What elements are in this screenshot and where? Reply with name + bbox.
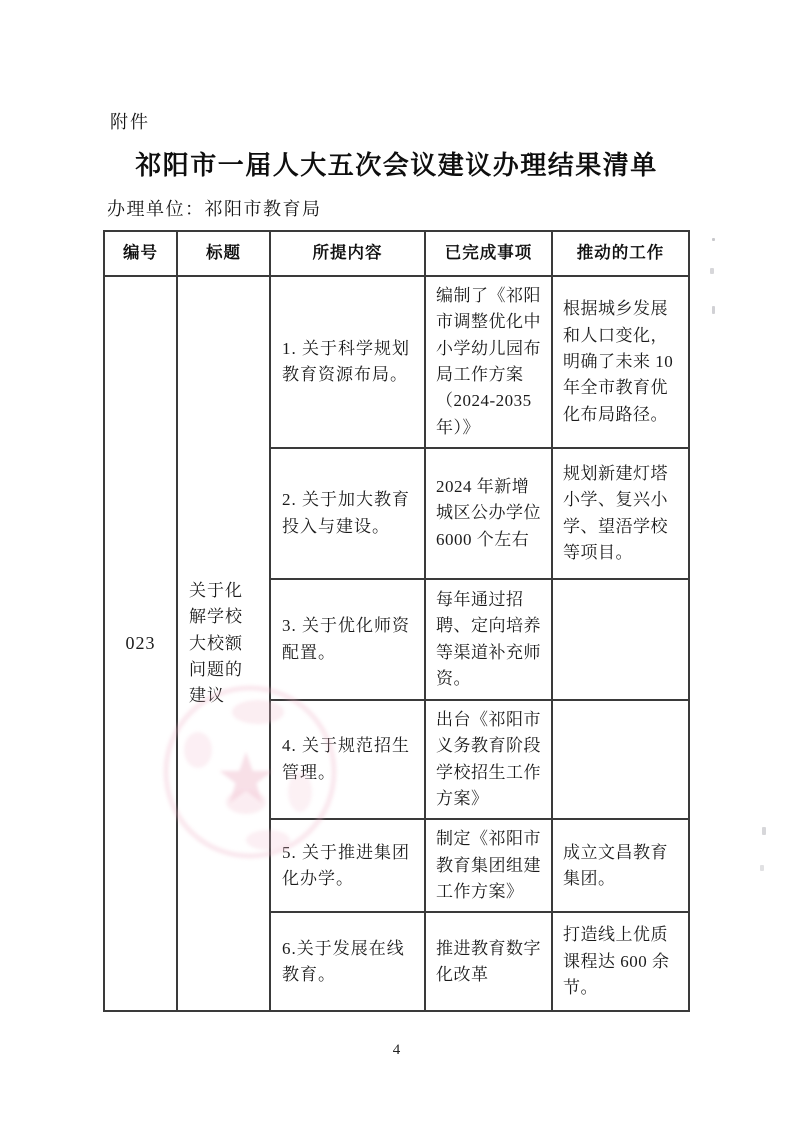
completed-cell: 推进教育数字化改革 [425,912,552,1011]
promoted-cell: 规划新建灯塔小学、复兴小学、望浯学校等项目。 [552,448,689,579]
case-number-cell: 023 [104,276,177,1011]
header-topic: 标题 [177,231,270,276]
content-cell: 5. 关于推进集团化办学。 [270,819,425,912]
promoted-cell: 打造线上优质课程达 600 余节。 [552,912,689,1011]
scan-artifact [712,238,715,241]
promoted-cell [552,579,689,700]
promoted-cell: 成立文昌教育集团。 [552,819,689,912]
completed-cell: 制定《祁阳市教育集团组建工作方案》 [425,819,552,912]
header-content: 所提内容 [270,231,425,276]
handler-unit-line: 办理单位：祁阳市教育局 [107,195,322,221]
content-cell: 3. 关于优化师资配置。 [270,579,425,700]
case-topic-cell: 关于化解学校大校额问题的建议 [177,276,270,1011]
content-cell: 2. 关于加大教育投入与建设。 [270,448,425,579]
scan-artifact [760,865,764,871]
header-completed: 已完成事项 [425,231,552,276]
content-cell: 4. 关于规范招生管理。 [270,700,425,819]
attachment-label: 附件 [110,108,150,134]
document-page: 附件 祁阳市一届人大五次会议建议办理结果清单 办理单位：祁阳市教育局 编号 标题… [0,0,793,1121]
scan-artifact [712,306,715,314]
completed-cell: 出台《祁阳市义务教育阶段学校招生工作方案》 [425,700,552,819]
page-number: 4 [0,1042,793,1059]
header-number: 编号 [104,231,177,276]
table-header-row: 编号 标题 所提内容 已完成事项 推动的工作 [104,231,689,276]
promoted-cell: 根据城乡发展和人口变化，明确了未来 10 年全市教育优化布局路径。 [552,276,689,448]
table-row: 023 关于化解学校大校额问题的建议 1. 关于科学规划教育资源布局。 编制了《… [104,276,689,448]
content-cell: 1. 关于科学规划教育资源布局。 [270,276,425,448]
completed-cell: 每年通过招聘、定向培养等渠道补充师资。 [425,579,552,700]
results-table: 编号 标题 所提内容 已完成事项 推动的工作 023 关于化解学校大校额问题的建… [103,230,690,1012]
scan-artifact [710,268,714,274]
header-promoted: 推动的工作 [552,231,689,276]
promoted-cell [552,700,689,819]
page-title: 祁阳市一届人大五次会议建议办理结果清单 [0,145,793,182]
completed-cell: 2024 年新增城区公办学位 6000 个左右 [425,448,552,579]
scan-artifact [762,827,766,835]
completed-cell: 编制了《祁阳市调整优化中小学幼儿园布局工作方案（2024-2035 年）》 [425,276,552,448]
content-cell: 6.关于发展在线教育。 [270,912,425,1011]
